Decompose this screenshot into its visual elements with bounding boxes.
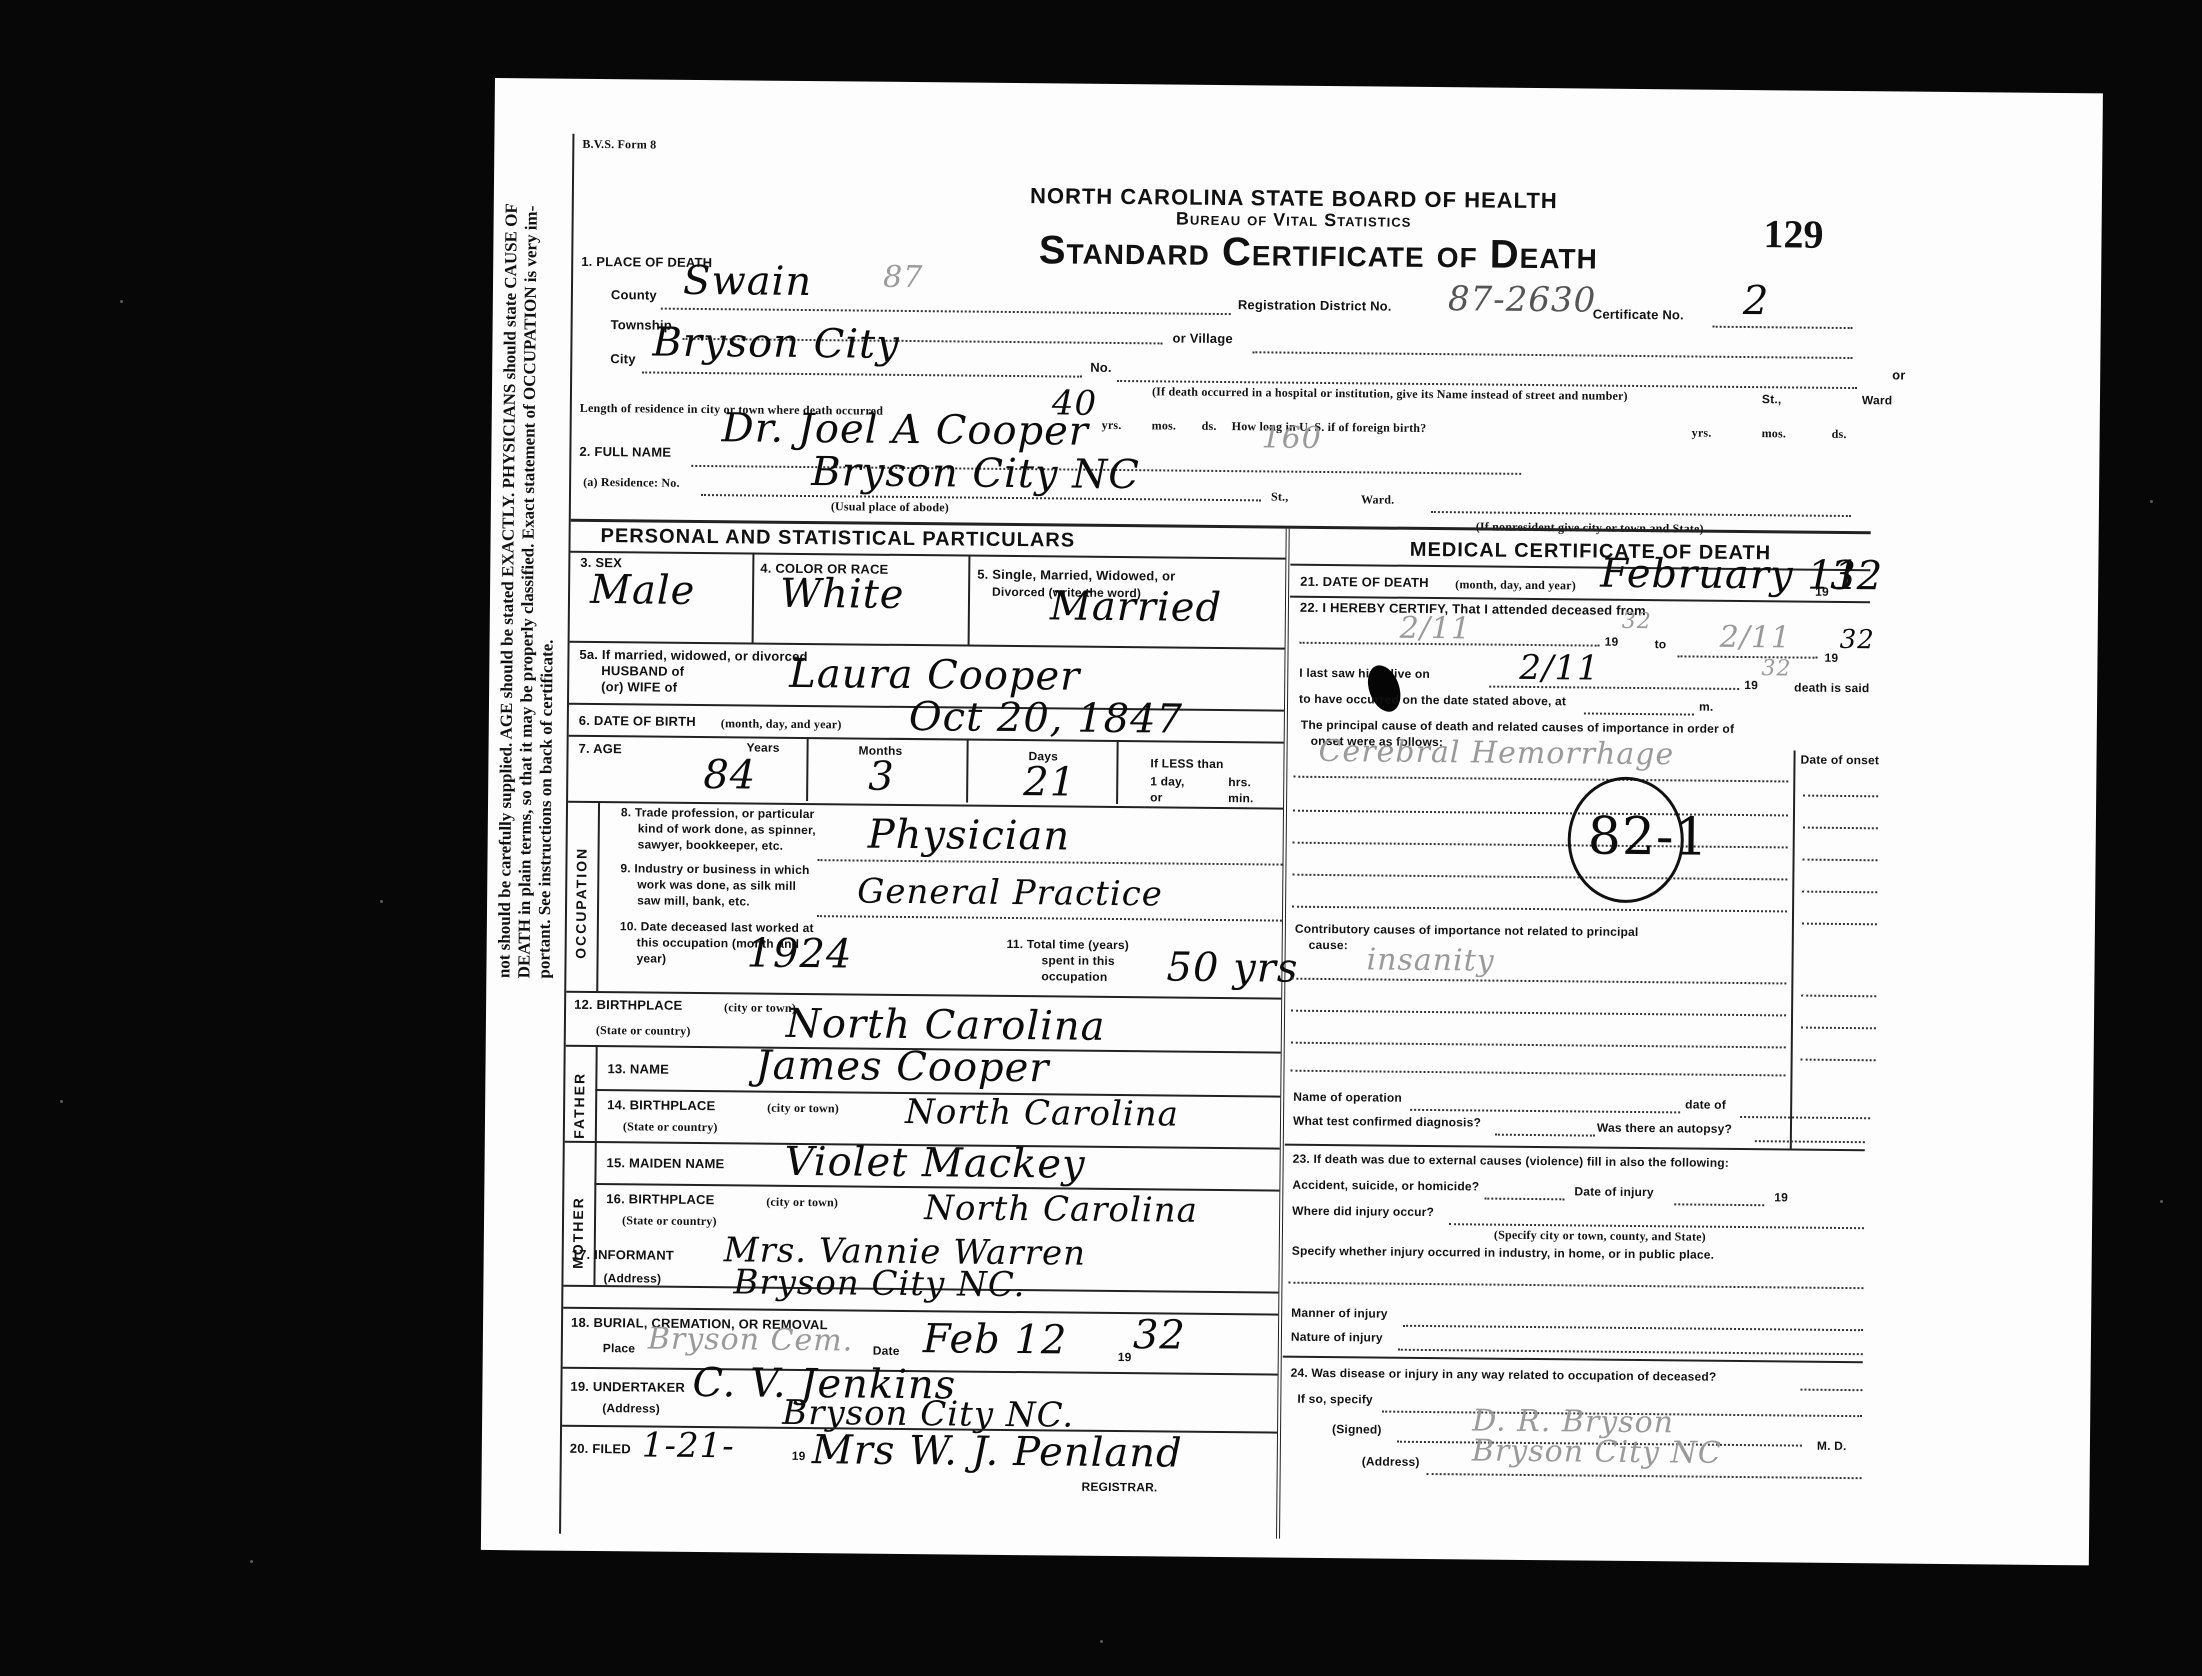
rule [570,551,1285,560]
undertaker-label: 19. UNDERTAKER [570,1379,685,1395]
date-of-death-hint: (month, day, and year) [1455,577,1576,593]
if-so-label: If so, specify [1297,1392,1373,1407]
informant-address-label: (Address) [603,1271,661,1286]
manner-label: Manner of injury [1291,1306,1388,1321]
last-saw-value[interactable]: 2/11 [1519,648,1600,689]
city-label: City [610,351,636,366]
spouse-label-1: 5a. If married, widowed, or divorced [579,647,807,664]
day-label: 1 day, [1150,774,1184,788]
accident-line [1484,1198,1564,1201]
registration-value[interactable]: 87-2630 [1448,279,1597,320]
nature-line [1398,1349,1863,1355]
rule [596,801,600,991]
cause-label-1: The principal cause of death and related… [1301,718,1734,736]
last-worked-value[interactable]: 1924 [746,930,852,977]
physician-address-label: (Address) [1362,1454,1420,1469]
informant-address-value[interactable]: Bryson City NC. [733,1262,1025,1305]
contributory-line [1291,1042,1786,1049]
undertaker-address-label: (Address) [602,1401,660,1416]
dob-value[interactable]: Oct 20, 1847 [909,694,1184,743]
county-code: 87 [883,260,924,295]
cause-line [1292,906,1787,913]
filed-year-prefix: 19 [792,1449,806,1463]
residence-ward-label: Ward. [1361,492,1394,507]
mother-birthplace-label: 16. BIRTHPLACE [606,1191,714,1207]
spouse-value[interactable]: Laura Cooper [789,651,1080,700]
certificate-line [1713,326,1853,329]
dust-speck [60,1100,63,1103]
abode-note: (Usual place of abode) [831,499,949,515]
rule [1283,1356,1863,1364]
father-name-label: 13. NAME [607,1061,669,1077]
column-divider [1276,529,1290,1539]
date-of-death-year-prefix: 19 [1815,585,1829,599]
registration-label: Registration District No. [1238,297,1392,313]
spouse-label-2: HUSBAND of [601,663,684,679]
test-line [1495,1134,1595,1137]
burial-place-value[interactable]: Bryson Cem. [648,1322,854,1359]
birthplace-state-hint: (State or country) [596,1023,691,1039]
father-state-hint: (State or country) [623,1119,718,1135]
dust-speck [2160,1200,2163,1203]
last-saw-label: I last saw him alive on [1299,666,1430,681]
residence-st-label: St., [1271,489,1289,504]
or-label: or [1892,367,1906,382]
city-value[interactable]: Bryson City [652,320,900,368]
county-line [661,308,1231,315]
total-time-label-1: 11. Total time (years) [1007,937,1129,952]
rule [966,739,969,803]
months-value[interactable]: 3 [868,754,895,800]
dust-speck [120,300,123,303]
dust-speck [2150,500,2153,503]
residence-yrs-label: yrs. [1102,418,1122,433]
residence-ward-line [1431,511,1851,517]
external-label: 23. If death was due to external causes … [1293,1152,1729,1170]
death-certificate: not should be carefully supplied. AGE sh… [481,78,2103,1565]
contributory-line [1291,978,1786,985]
residence-ds-label: ds. [1202,419,1217,434]
min-label: min. [1228,791,1254,805]
foreign-yrs-label: yrs. [1692,426,1712,441]
personal-heading: PERSONAL AND STATISTICAL PARTICULARS [600,525,1075,553]
father-birthplace-value[interactable]: North Carolina [905,1092,1179,1135]
burial-date-value[interactable]: Feb 12 [923,1316,1068,1363]
cause-line [1292,874,1787,881]
total-time-label-2: spent in this [1041,953,1114,968]
onset-line [1803,827,1878,830]
form-id: B.V.S. Form 8 [582,137,656,153]
age-label: 7. AGE [578,741,621,756]
years-value[interactable]: 84 [703,752,756,799]
onset-line [1803,795,1878,798]
registrar-value[interactable]: Mrs W. J. Penland [812,1427,1183,1477]
filed-date-value[interactable]: 1-21- [642,1425,735,1466]
rule [968,555,971,645]
specify-line [1288,1282,1863,1290]
birthplace-label: 12. BIRTHPLACE [574,997,682,1013]
m-label: m. [1699,700,1714,714]
foreign-ds-label: ds. [1832,427,1847,442]
operation-line [1410,1109,1680,1114]
occupation-side-label: OCCUPATION [573,847,590,959]
father-birthplace-label: 14. BIRTHPLACE [607,1097,715,1113]
ward-label: Ward [1862,393,1892,407]
operation-date-line [1740,1116,1870,1119]
attended-from-year-prefix: 19 [1605,635,1619,649]
marital-value[interactable]: Married [1050,583,1223,631]
autopsy-line [1755,1140,1865,1143]
attended-from-value[interactable]: 2/11 [1400,611,1472,647]
attended-to-value[interactable]: 2/11 [1720,620,1792,656]
page-title: Standard Certificate of Death [903,227,1733,280]
less-label: If LESS than [1150,756,1223,771]
st-label: St., [1762,392,1782,406]
hospital-note: (If death occurred in a hospital or inst… [1152,384,1628,404]
physician-address-line [1427,1473,1862,1479]
dob-label: 6. DATE OF BIRTH [579,713,696,729]
onset-line [1802,923,1877,926]
residence-label: (a) Residence: No. [583,475,680,491]
rule [817,915,1282,921]
filed-label: 20. FILED [570,1441,631,1457]
attended-to-year-prefix: 19 [1824,651,1838,665]
rule [1116,740,1119,804]
rule [806,737,809,801]
attended-to-line [1677,655,1817,658]
village-label: or Village [1172,331,1232,347]
father-name-value[interactable]: James Cooper [755,1043,1049,1092]
rule [1285,1144,1865,1152]
contributory-line [1290,1070,1785,1077]
industry-value[interactable]: General Practice [857,872,1163,915]
margin-note-3: portant. See instructions on back of cer… [534,639,557,978]
spouse-label-3: (or) WIFE of [601,679,677,695]
occurred-label: to have occurred on the date stated abov… [1299,692,1566,709]
trade-value[interactable]: Physician [868,812,1071,860]
last-saw-year-prefix: 19 [1744,678,1758,692]
page-number: 129 [1763,210,1823,258]
cause-line [1293,810,1788,817]
race-value[interactable]: White [780,571,905,618]
no-label: No. [1090,360,1112,375]
foreign-mos-label: mos. [1762,426,1787,441]
full-name-value[interactable]: Dr. Joel A Cooper [721,405,1089,455]
cause-value[interactable]: Cerebral Hemorrhage [1318,734,1674,772]
specify-whether-label: Specify whether injury occurred in indus… [1292,1244,1715,1262]
mother-city-hint: (city or town) [766,1195,838,1211]
date-of-death-label: 21. DATE OF DEATH [1300,574,1429,590]
cause-line [1293,842,1788,849]
onset-divider [1790,750,1796,1150]
onset-line [1802,891,1877,894]
dob-hint: (month, day, and year) [721,716,842,732]
onset-line [1801,1027,1876,1030]
date-of-death-year[interactable]: 32 [1830,553,1883,600]
burial-year-prefix: 19 [1118,1350,1132,1364]
attended-from-year[interactable]: 32 [1622,609,1652,634]
county-label: County [611,287,657,302]
onset-line [1801,1059,1876,1062]
total-time-value[interactable]: 50 yrs [1166,944,1298,991]
father-side-label: FATHER [571,1072,588,1139]
cause-line [1293,776,1788,783]
city-line [642,371,1082,377]
sex-value[interactable]: Male [590,567,696,614]
county-value[interactable]: Swain [683,258,812,305]
last-saw-year[interactable]: 32 [1761,656,1791,681]
industry-label-2: work was done, as silk mill [637,877,796,893]
dust-speck [380,900,383,903]
md-label: M. D. [1817,1439,1847,1453]
days-value[interactable]: 21 [1023,759,1076,806]
operation-date-label: date of [1685,1097,1726,1111]
industry-label-1: 9. Industry or business in which [620,861,809,877]
attended-to-year[interactable]: 32 [1840,625,1875,655]
rule [817,859,1282,865]
dust-speck [250,1560,253,1563]
onset-line [1801,995,1876,998]
full-name-label: 2. FULL NAME [579,444,671,460]
autopsy-label: Was there an autopsy? [1597,1121,1732,1136]
physician-address-value[interactable]: Bryson City NC [1472,1433,1722,1470]
maiden-label: 15. MAIDEN NAME [607,1155,725,1171]
mother-birthplace-value[interactable]: North Carolina [924,1188,1198,1231]
operation-label: Name of operation [1293,1090,1402,1105]
onset-line [1803,859,1878,862]
registrar-label: REGISTRAR. [1081,1480,1157,1495]
contributory-line [1291,1010,1786,1017]
hrs-label: hrs. [1228,775,1251,789]
occupation-related-line [1800,1389,1862,1392]
burial-place-label: Place [603,1341,635,1355]
occurred-line [1584,712,1694,715]
trade-label-2: kind of work done, as spinner, [638,821,816,837]
dust-speck [1100,1640,1103,1643]
injury-date-line [1674,1203,1764,1206]
cause-code: 82-1 [1587,807,1708,868]
test-label: What test confirmed diagnosis? [1293,1114,1481,1130]
full-name-annotation: 160 [1261,420,1322,456]
informant-label: 17. INFORMANT [572,1247,674,1263]
residence-mos-label: mos. [1152,418,1177,433]
burial-year-value[interactable]: 32 [1133,1312,1186,1359]
total-time-label-3: occupation [1041,969,1107,984]
certificate-label: Certificate No. [1593,307,1684,323]
injury-year-prefix: 19 [1774,1190,1788,1204]
occupation-related-label: 24. Was disease or injury in any way rel… [1291,1366,1717,1384]
burial-date-label: Date [873,1344,900,1358]
injury-date-label: Date of injury [1574,1184,1654,1199]
certificate-value[interactable]: 2 [1743,278,1770,324]
accident-label: Accident, suicide, or homicide? [1292,1178,1479,1194]
contributory-label-2: cause: [1309,938,1348,952]
contributory-value[interactable]: insanity [1366,942,1494,978]
residence-value[interactable]: Bryson City NC [811,449,1140,498]
manner-line [1403,1325,1863,1331]
last-worked-label-3: year) [636,951,666,965]
industry-label-3: saw mill, bank, etc. [637,893,750,908]
or-label: or [1150,790,1163,804]
to-label: to [1655,637,1667,651]
maiden-value[interactable]: Violet Mackey [784,1139,1085,1188]
trade-label-3: sawyer, bookkeeper, etc. [638,837,784,852]
where-label: Where did injury occur? [1292,1204,1434,1219]
death-said-label: death is said [1794,680,1869,695]
village-line [1252,351,1852,359]
contributory-label-1: Contributory causes of importance not re… [1295,922,1639,939]
signed-label: (Signed) [1332,1422,1382,1436]
date-onset-label: Date of onset [1800,753,1879,768]
mother-state-hint: (State or country) [622,1213,717,1229]
trade-label-1: 8. Trade profession, or particular [621,805,815,821]
father-city-hint: (city or town) [767,1101,839,1117]
certify-label: 22. I HEREBY CERTIFY, That I attended de… [1300,600,1646,618]
rule [752,552,755,642]
specify-place-note: (Specify city or town, county, and State… [1494,1228,1706,1245]
nature-label: Nature of injury [1291,1330,1383,1345]
marital-label-1: 5. Single, Married, Widowed, or [977,567,1175,584]
